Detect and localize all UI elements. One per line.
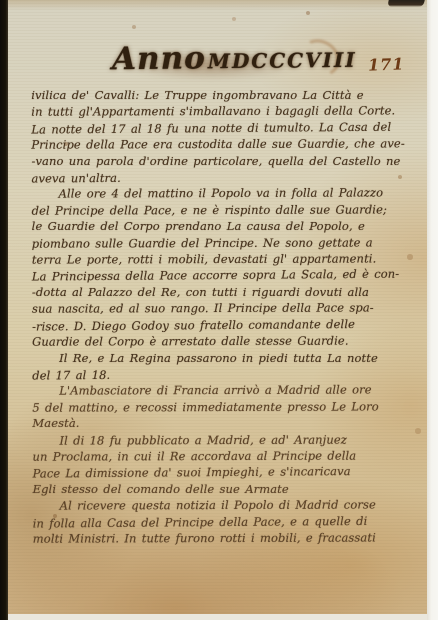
header-year-roman: MDCCCVIII — [208, 48, 357, 74]
page-number: 171 — [368, 54, 405, 74]
manuscript-line: La notte del 17 al 18 fu una notte di tu… — [31, 118, 417, 137]
manuscript-line: le Guardie del Corpo prendano La causa d… — [32, 218, 418, 234]
corner-shadow — [387, 0, 424, 7]
manuscript-line: Pace La dimissione da' suoi Impieghi, e … — [32, 463, 418, 482]
manuscript-line: Principe della Pace era custodita dalle … — [31, 136, 417, 154]
manuscript-line: Guardie del Corpo è arrestato dalle stes… — [32, 332, 418, 350]
manuscript-line: del Principe della Pace, e ne è rispinto… — [32, 201, 418, 219]
manuscript-line: -risce. D. Diego Godoy suo fratello coma… — [32, 315, 418, 334]
manuscript-line: in folla alla Casa del Principe della Pa… — [33, 512, 419, 531]
manuscript-line: -dotta al Palazzo del Re, con tutti i ri… — [32, 284, 418, 300]
manuscript-line: Maestà. — [32, 415, 418, 431]
manuscript-line: L'Ambasciatore di Francia arrivò a Madri… — [32, 382, 418, 400]
photo-border — [427, 0, 438, 620]
manuscript-line: Il di 18 fu pubblicato a Madrid, e ad' A… — [32, 431, 418, 449]
manuscript-line: aveva un'altra. — [31, 168, 417, 187]
manuscript-line: La Principessa della Pace accorre sopra … — [32, 266, 418, 285]
manuscript-line: molti Ministri. In tutte furono rotti i … — [33, 529, 419, 547]
header-word-anno: Anno — [112, 40, 206, 77]
manuscript-line: in tutti gl'Appartamenti s'imballavano i… — [31, 103, 417, 121]
manuscript-line: -vano una parola d'ordine particolare, q… — [31, 153, 417, 169]
manuscript-line: ivilica de' Cavalli: Le Truppe ingombrav… — [31, 87, 417, 103]
manuscript-lines: ivilica de' Cavalli: Le Truppe ingombrav… — [31, 86, 419, 547]
manuscript-line: Al ricevere questa notizia il Popolo di … — [33, 496, 419, 514]
manuscript-line: Il Re, e La Regina passarono in piedi tu… — [32, 349, 418, 365]
manuscript-line: sua nascita, ed al suo rango. Il Princip… — [32, 300, 418, 318]
manuscript-line: 5 del mattino, e recossi immediatamente … — [32, 398, 418, 416]
page-title: AnnoMDCCCVIII — [112, 37, 357, 78]
manuscript-line: Alle ore 4 del mattino il Popolo va in f… — [32, 185, 418, 203]
manuscript-line: piombano sulle Guardie del Principe. Ne … — [32, 234, 418, 252]
binding-edge — [0, 0, 8, 620]
manuscript-photo: AnnoMDCCCVIII 171 ivilica de' Cavalli: L… — [0, 0, 438, 620]
manuscript-line: del 17 al 18. — [32, 364, 418, 383]
manuscript-line: Egli stesso del comando delle sue Armate — [33, 481, 419, 497]
